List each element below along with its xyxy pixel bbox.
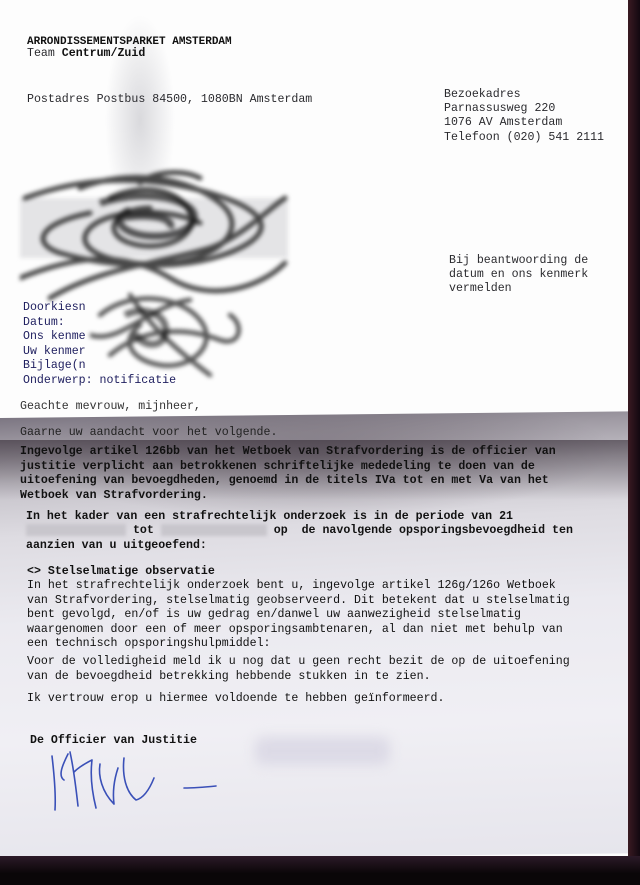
text-line: Voor de volledigheid meld ik u nog dat u…: [27, 655, 570, 668]
meta-label-date: Datum:: [23, 316, 176, 331]
redacted-officer-name: [255, 737, 390, 765]
handwritten-signature: [40, 748, 220, 818]
paragraph-period: In het kader van een strafrechtelijk ond…: [26, 510, 573, 553]
meta-label-attachments: Bijlage(n: [23, 359, 176, 374]
page-edge-bottom: [0, 856, 640, 885]
reply-line: vermelden: [449, 282, 512, 295]
paragraph-observation: In het strafrechtelijk onderzoek bent u,…: [27, 579, 570, 652]
text-line: uitoefening van bevoegdheden, genoemd in…: [20, 474, 549, 487]
meta-label-direct-line: Doorkiesn: [23, 301, 176, 316]
paragraph-closing: Ik vertrouw erop u hiermee voldoende te …: [27, 692, 444, 706]
visit-phone: Telefoon (020) 541 2111: [444, 131, 604, 144]
section-heading: <> Stelselmatige observatie: [27, 565, 215, 579]
text-line: aanzien van u uitgeoefend:: [26, 539, 207, 552]
meta-label-our-ref: Ons kenme: [23, 330, 176, 345]
greeting: Geachte mevrouw, mijnheer,: [20, 400, 201, 414]
letter-page: ARRONDISSEMENTSPARKET AMSTERDAM Team Cen…: [0, 0, 628, 858]
meta-value-subject: notificatie: [100, 374, 177, 387]
visit-label: Bezoekadres: [444, 88, 521, 101]
meta-subject: Onderwerp: notificatie: [23, 374, 176, 389]
reply-line: Bij beantwoording de: [449, 254, 588, 267]
paragraph-legal-basis: Ingevolge artikel 126bb van het Wetboek …: [20, 445, 556, 503]
postal-address: Postadres Postbus 84500, 1080BN Amsterda…: [27, 93, 312, 107]
text-line: van de bevoegdheid betrekking hebbende s…: [27, 670, 431, 683]
text-line: een technisch opsporingshulpmiddel:: [27, 637, 271, 650]
text-line: bent gevolgd, en/of is uw gedrag en/danw…: [27, 608, 521, 621]
text-line: waargenomen door een of meer opsporingsa…: [27, 623, 563, 636]
redacted-end-date: [161, 524, 267, 536]
redacted-start-date: [26, 524, 126, 536]
attention-line: Gaarne uw aandacht voor het volgende.: [20, 426, 277, 440]
meta-label-subject: Onderwerp:: [23, 374, 93, 387]
team-line: Team Centrum/Zuid: [27, 47, 145, 61]
visiting-address: Bezoekadres Parnassusweg 220 1076 AV Ams…: [444, 88, 604, 145]
paragraph-rights: Voor de volledigheid meld ik u nog dat u…: [27, 655, 570, 684]
text-line: In het strafrechtelijk onderzoek bent u,…: [27, 579, 556, 592]
meta-fields: DoorkiesnDatum:Ons kenmeUw kenmerBijlage…: [23, 301, 176, 389]
page-edge-right: [628, 0, 640, 885]
text-line: justitie verplicht aan betrokkenen schri…: [20, 460, 535, 473]
visit-street: Parnassusweg 220: [444, 102, 555, 115]
text-line: Ingevolge artikel 126bb van het Wetboek …: [20, 445, 556, 458]
team-prefix: Team: [27, 47, 62, 60]
text-line: op de navolgende opsporingsbevoegdheid t…: [267, 524, 573, 537]
visit-city: 1076 AV Amsterdam: [444, 116, 562, 129]
reply-instruction: Bij beantwoording de datum en ons kenmer…: [449, 254, 588, 297]
text-line: tot: [126, 524, 161, 537]
signoff-title: De Officier van Justitie: [30, 734, 197, 748]
reply-line: datum en ons kenmerk: [449, 268, 588, 281]
meta-label-your-ref: Uw kenmer: [23, 345, 176, 360]
team-name: Centrum/Zuid: [62, 47, 146, 60]
text-line: In het kader van een strafrechtelijk ond…: [26, 510, 513, 523]
text-line: van Strafvordering, stelselmatig geobser…: [27, 594, 570, 607]
text-line: Wetboek van Strafvordering.: [20, 489, 208, 502]
